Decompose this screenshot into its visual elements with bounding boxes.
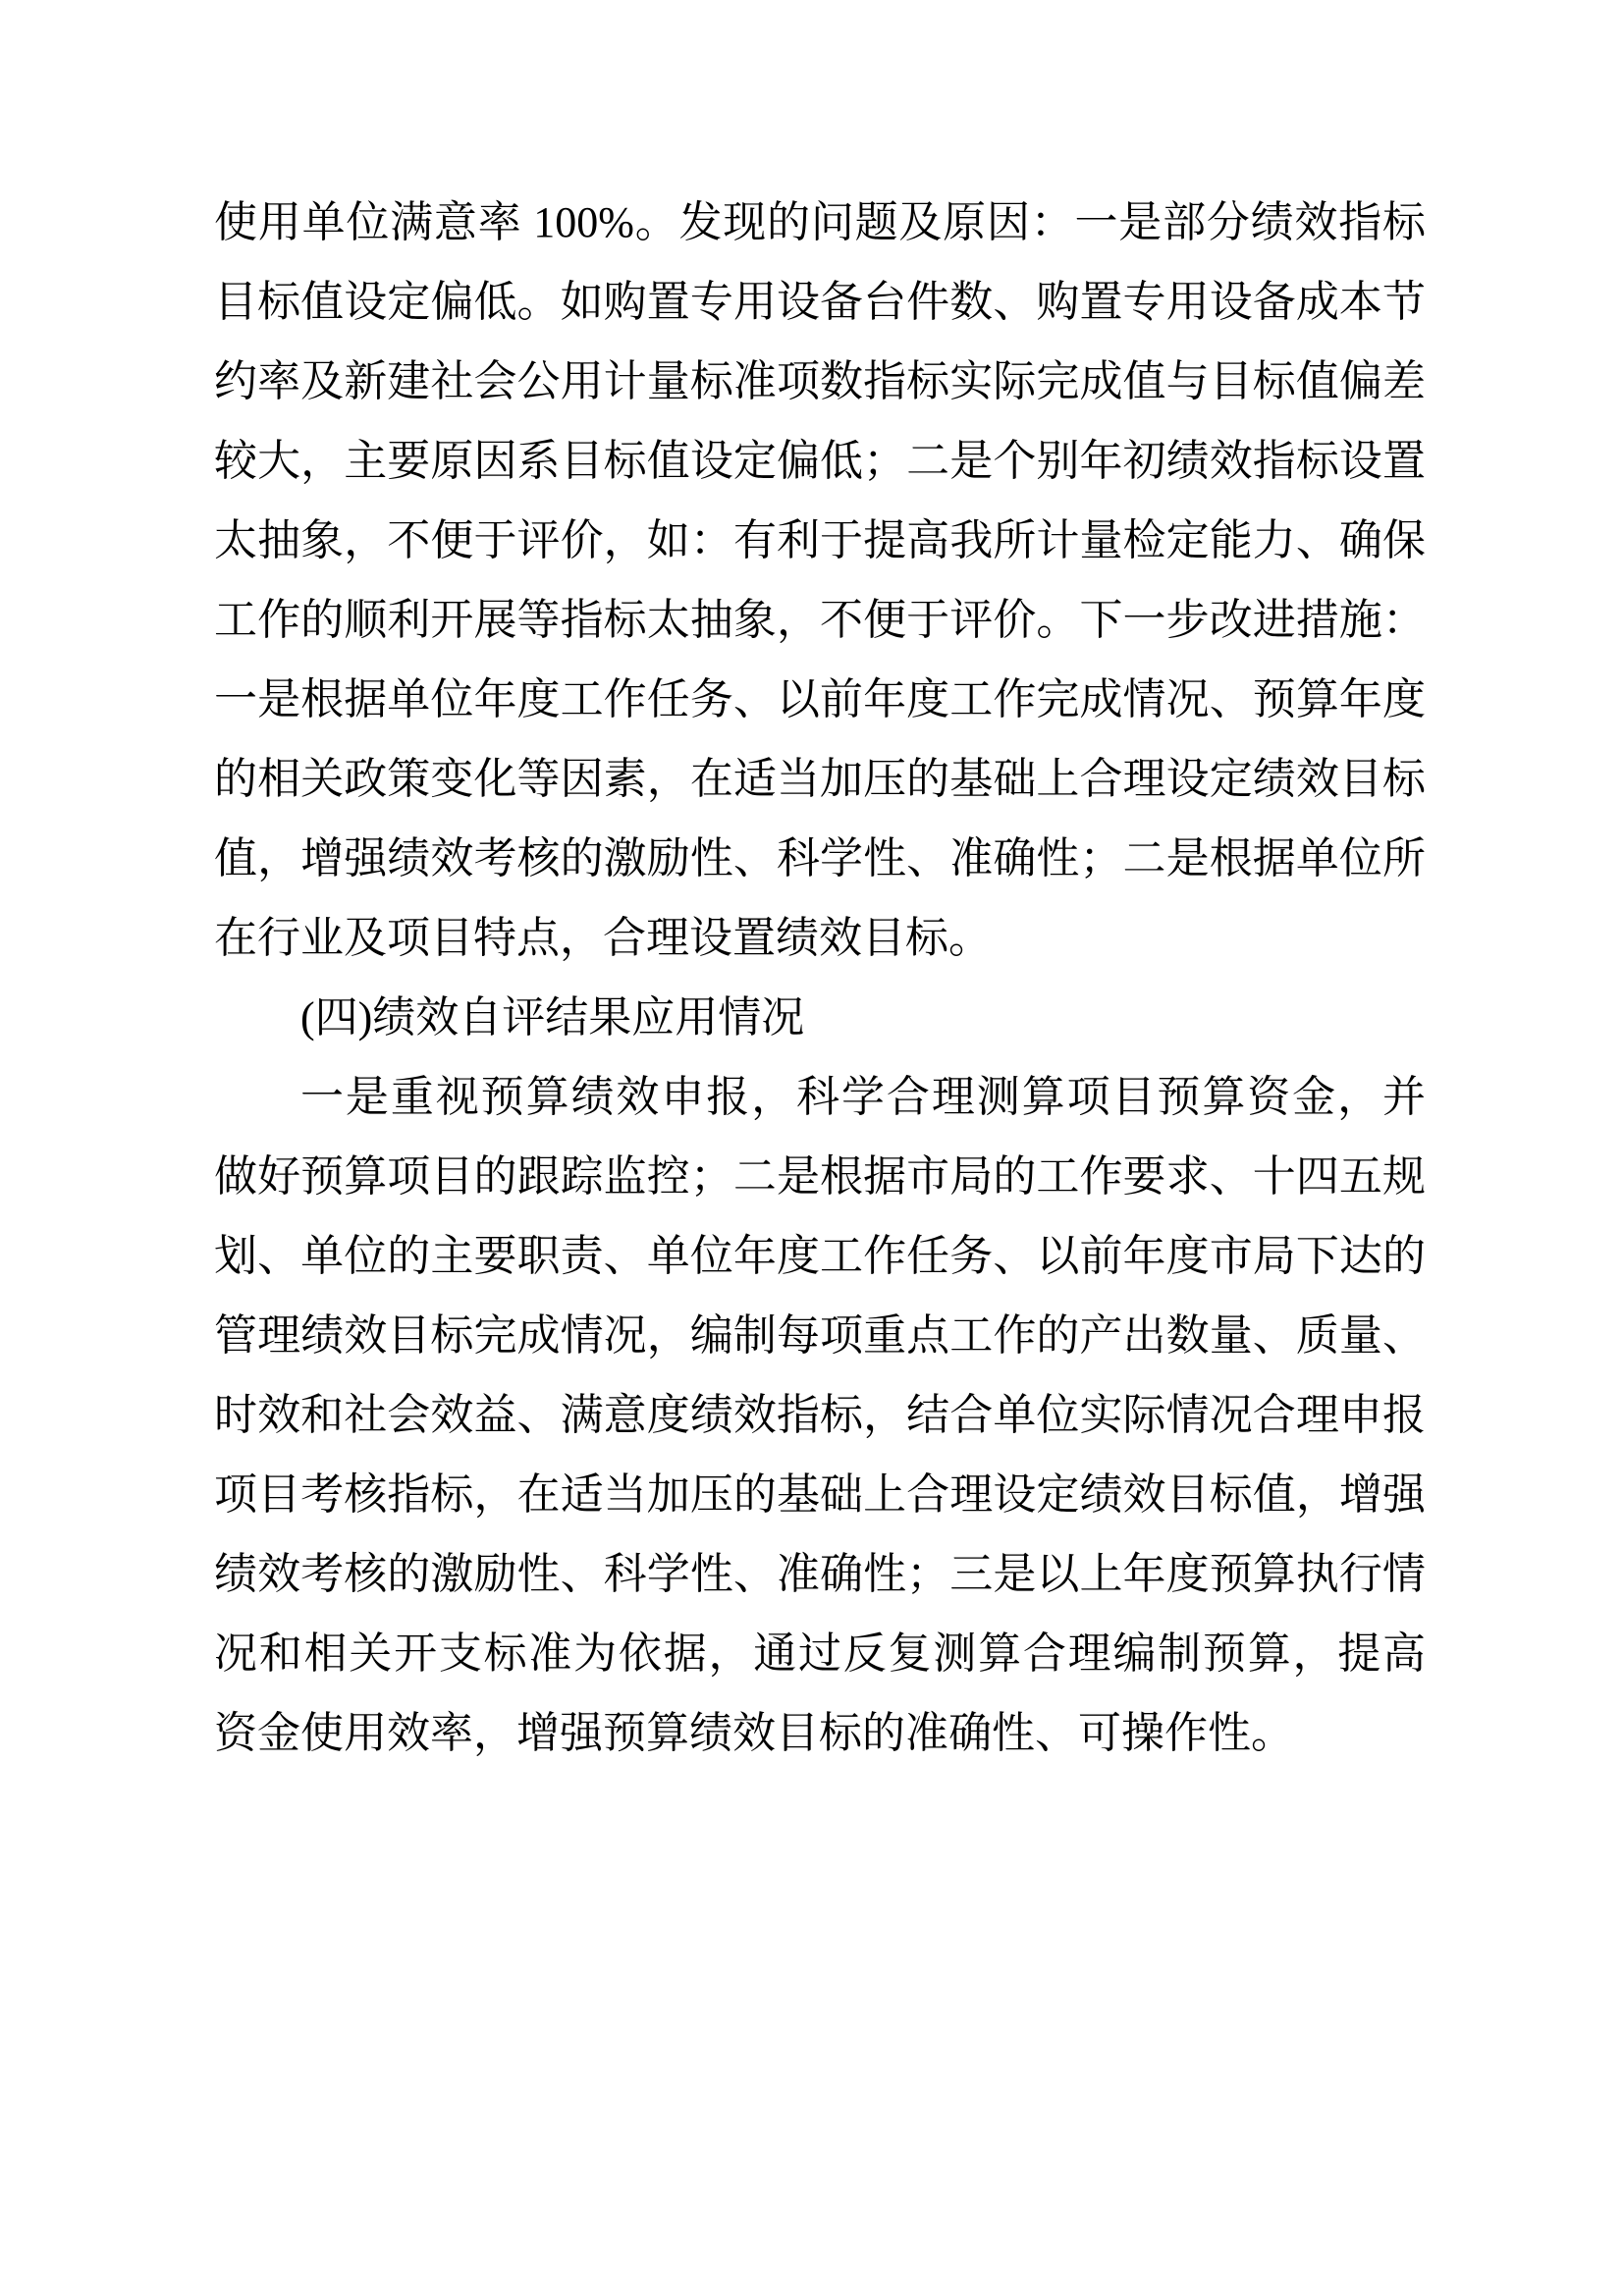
- text-line: 一是重视预算绩效申报，科学合理测算项目预算资金，并: [214, 1057, 1426, 1137]
- text-line: 做好预算项目的跟踪监控；二是根据市局的工作要求、十四五规: [214, 1137, 1426, 1216]
- text-line: 太抽象，不便于评价，如：有利于提高我所计量检定能力、确保: [214, 501, 1426, 580]
- text-line: 目标值设定偏低。如购置专用设备台件数、购置专用设备成本节: [214, 262, 1426, 342]
- text-line: 时效和社会效益、满意度绩效指标，结合单位实际情况合理申报: [214, 1375, 1426, 1455]
- text-line: 资金使用效率，增强预算绩效目标的准确性、可操作性。: [214, 1693, 1426, 1773]
- text-line: 绩效考核的激励性、科学性、准确性；三是以上年度预算执行情: [214, 1534, 1426, 1614]
- text-line: 约率及新建社会公用计量标准项数指标实际完成值与目标值偏差: [214, 342, 1426, 421]
- text-line: 值，增强绩效考核的激励性、科学性、准确性；二是根据单位所: [214, 819, 1426, 898]
- text-line: 使用单位满意率 100%。发现的问题及原因：一是部分绩效指标: [214, 183, 1426, 262]
- text-line: 较大，主要原因系目标值设定偏低；二是个别年初绩效指标设置: [214, 421, 1426, 501]
- text-line: 在行业及项目特点，合理设置绩效目标。: [214, 898, 1426, 978]
- text-block: 使用单位满意率 100%。发现的问题及原因：一是部分绩效指标 目标值设定偏低。如…: [214, 183, 1426, 1773]
- text-line: 项目考核指标，在适当加压的基础上合理设定绩效目标值，增强: [214, 1455, 1426, 1534]
- text-line: 的相关政策变化等因素，在适当加压的基础上合理设定绩效目标: [214, 739, 1426, 819]
- document-page: 使用单位满意率 100%。发现的问题及原因：一是部分绩效指标 目标值设定偏低。如…: [0, 0, 1623, 2296]
- text-line: 一是根据单位年度工作任务、以前年度工作完成情况、预算年度: [214, 660, 1426, 739]
- text-line: 划、单位的主要职责、单位年度工作任务、以前年度市局下达的: [214, 1216, 1426, 1296]
- text-line: 管理绩效目标完成情况，编制每项重点工作的产出数量、质量、: [214, 1296, 1426, 1375]
- text-line: 工作的顺利开展等指标太抽象，不便于评价。下一步改进措施：: [214, 580, 1426, 660]
- section-heading: (四)绩效自评结果应用情况: [214, 978, 1426, 1057]
- text-line: 况和相关开支标准为依据，通过反复测算合理编制预算，提高: [214, 1614, 1426, 1693]
